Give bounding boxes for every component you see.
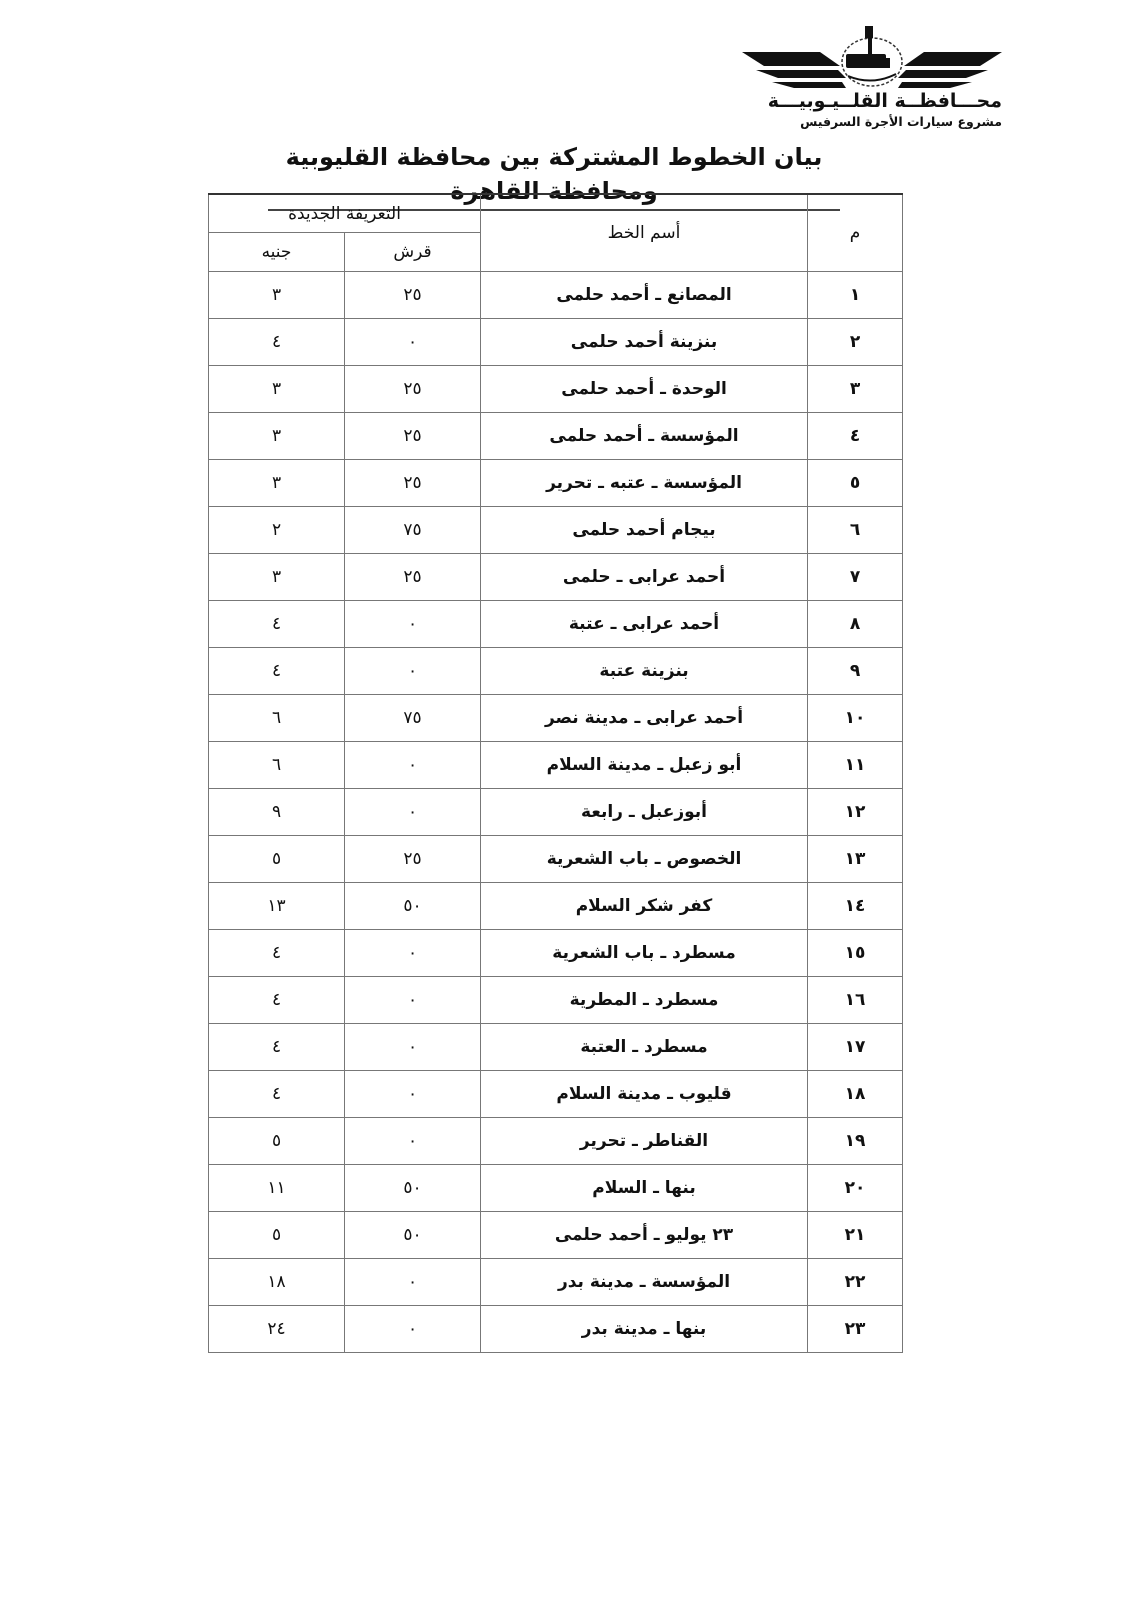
line-name: بنزينة عتبة [481, 648, 808, 695]
fare-pound: ٣ [209, 460, 345, 507]
line-name: المؤسسة ـ مدينة بدر [481, 1259, 808, 1306]
table-row: ١٧مسطرد ـ العتبة٠٤ [209, 1024, 903, 1071]
fare-qirsh: ٢٥ [345, 836, 481, 883]
line-name: القناطر ـ تحرير [481, 1118, 808, 1165]
line-name: قليوب ـ مدينة السلام [481, 1071, 808, 1118]
table-row: ١٨قليوب ـ مدينة السلام٠٤ [209, 1071, 903, 1118]
table-row: ١٣الخصوص ـ باب الشعرية٢٥٥ [209, 836, 903, 883]
fare-pound: ٤ [209, 601, 345, 648]
row-number: ٦ [808, 507, 903, 554]
line-name: بيجام أحمد حلمى [481, 507, 808, 554]
table-row: ٢١٢٣ يوليو ـ أحمد حلمى٥٠٥ [209, 1212, 903, 1259]
fare-qirsh: ٠ [345, 1071, 481, 1118]
line-name: الخصوص ـ باب الشعرية [481, 836, 808, 883]
column-header-qirsh: قرش [345, 233, 481, 272]
row-number: ٢٢ [808, 1259, 903, 1306]
fare-qirsh: ٥٠ [345, 1165, 481, 1212]
line-name: أبو زعبل ـ مدينة السلام [481, 742, 808, 789]
organization-name: محـــافظــة القلــيـوبيـــة [742, 90, 1002, 112]
table-row: ٢٢المؤسسة ـ مدينة بدر٠١٨ [209, 1259, 903, 1306]
line-name: أحمد عرابى ـ مدينة نصر [481, 695, 808, 742]
fare-qirsh: ٠ [345, 648, 481, 695]
fare-qirsh: ٠ [345, 1118, 481, 1165]
table-row: ٥المؤسسة ـ عتبه ـ تحرير٢٥٣ [209, 460, 903, 507]
line-name: مسطرد ـ المطرية [481, 977, 808, 1024]
table-row: ١٢أبوزعبل ـ رابعة٠٩ [209, 789, 903, 836]
line-name: أحمد عرابى ـ عتبة [481, 601, 808, 648]
row-number: ٩ [808, 648, 903, 695]
table-row: ١٤كفر شكر السلام٥٠١٣ [209, 883, 903, 930]
fare-pound: ٩ [209, 789, 345, 836]
governorate-logo: محـــافظــة القلــيـوبيـــة مشروع سيارات… [742, 22, 1002, 130]
table-row: ٩بنزينة عتبة٠٤ [209, 648, 903, 695]
row-number: ٢ [808, 319, 903, 366]
line-name: أبوزعبل ـ رابعة [481, 789, 808, 836]
governorate-emblem-icon [742, 22, 1002, 92]
fare-pound: ٣ [209, 366, 345, 413]
table-row: ١٩القناطر ـ تحرير٠٥ [209, 1118, 903, 1165]
fare-pound: ٤ [209, 1071, 345, 1118]
fare-pound: ٥ [209, 1212, 345, 1259]
row-number: ١٦ [808, 977, 903, 1024]
row-number: ٢٠ [808, 1165, 903, 1212]
fare-qirsh: ٥٠ [345, 883, 481, 930]
fare-pound: ٣ [209, 413, 345, 460]
line-name: المؤسسة ـ أحمد حلمى [481, 413, 808, 460]
row-number: ١١ [808, 742, 903, 789]
line-name: الوحدة ـ أحمد حلمى [481, 366, 808, 413]
fare-pound: ٢ [209, 507, 345, 554]
fare-qirsh: ٠ [345, 742, 481, 789]
table-row: ١٦مسطرد ـ المطرية٠٤ [209, 977, 903, 1024]
table-row: ٦بيجام أحمد حلمى٧٥٢ [209, 507, 903, 554]
table-row: ٨أحمد عرابى ـ عتبة٠٤ [209, 601, 903, 648]
fare-qirsh: ٠ [345, 977, 481, 1024]
fare-pound: ١٨ [209, 1259, 345, 1306]
row-number: ١٢ [808, 789, 903, 836]
row-number: ١٨ [808, 1071, 903, 1118]
fares-table: م أسم الخط التعريفة الجديدة قرش جنيه ١ال… [208, 193, 903, 1353]
fare-qirsh: ٢٥ [345, 272, 481, 319]
line-name: المؤسسة ـ عتبه ـ تحرير [481, 460, 808, 507]
line-name: مسطرد ـ العتبة [481, 1024, 808, 1071]
fare-qirsh: ٧٥ [345, 695, 481, 742]
column-header-pound: جنيه [209, 233, 345, 272]
fare-qirsh: ٥٠ [345, 1212, 481, 1259]
table-row: ٣الوحدة ـ أحمد حلمى٢٥٣ [209, 366, 903, 413]
fare-pound: ٤ [209, 1024, 345, 1071]
row-number: ٧ [808, 554, 903, 601]
row-number: ١٩ [808, 1118, 903, 1165]
fare-qirsh: ٧٥ [345, 507, 481, 554]
fare-pound: ١١ [209, 1165, 345, 1212]
fare-pound: ٤ [209, 930, 345, 977]
table-row: ١٠أحمد عرابى ـ مدينة نصر٧٥٦ [209, 695, 903, 742]
row-number: ٢١ [808, 1212, 903, 1259]
fare-pound: ٥ [209, 1118, 345, 1165]
fare-pound: ٤ [209, 648, 345, 695]
line-name: المصانع ـ أحمد حلمى [481, 272, 808, 319]
line-name: بنزينة أحمد حلمى [481, 319, 808, 366]
fare-pound: ٣ [209, 272, 345, 319]
fare-pound: ٣ [209, 554, 345, 601]
fare-pound: ٦ [209, 695, 345, 742]
column-header-new-fare: التعريفة الجديدة [209, 194, 481, 233]
fare-qirsh: ٠ [345, 601, 481, 648]
column-header-number: م [808, 194, 903, 272]
fare-qirsh: ٠ [345, 789, 481, 836]
table-row: ٤المؤسسة ـ أحمد حلمى٢٥٣ [209, 413, 903, 460]
line-name: بنها ـ مدينة بدر [481, 1306, 808, 1353]
table-row: ٢٣بنها ـ مدينة بدر٠٢٤ [209, 1306, 903, 1353]
fare-qirsh: ٢٥ [345, 366, 481, 413]
line-name: كفر شكر السلام [481, 883, 808, 930]
table-row: ٢٠بنها ـ السلام٥٠١١ [209, 1165, 903, 1212]
table-row: ٢بنزينة أحمد حلمى٠٤ [209, 319, 903, 366]
row-number: ١٤ [808, 883, 903, 930]
fare-pound: ٦ [209, 742, 345, 789]
line-name: مسطرد ـ باب الشعرية [481, 930, 808, 977]
row-number: ١٥ [808, 930, 903, 977]
fare-pound: ١٣ [209, 883, 345, 930]
table-row: ٧أحمد عرابى ـ حلمى٢٥٣ [209, 554, 903, 601]
row-number: ١٧ [808, 1024, 903, 1071]
table-row: ١٥مسطرد ـ باب الشعرية٠٤ [209, 930, 903, 977]
row-number: ١٠ [808, 695, 903, 742]
table-row: ١١أبو زعبل ـ مدينة السلام٠٦ [209, 742, 903, 789]
fare-pound: ٥ [209, 836, 345, 883]
row-number: ٥ [808, 460, 903, 507]
fare-qirsh: ٠ [345, 930, 481, 977]
fare-qirsh: ٠ [345, 1259, 481, 1306]
row-number: ٢٣ [808, 1306, 903, 1353]
line-name: بنها ـ السلام [481, 1165, 808, 1212]
line-name: ٢٣ يوليو ـ أحمد حلمى [481, 1212, 808, 1259]
row-number: ٤ [808, 413, 903, 460]
fare-pound: ٤ [209, 319, 345, 366]
fare-qirsh: ٢٥ [345, 413, 481, 460]
project-name: مشروع سيارات الأجرة السرفيس [742, 114, 1002, 129]
fare-qirsh: ٢٥ [345, 460, 481, 507]
fare-qirsh: ٠ [345, 319, 481, 366]
fare-qirsh: ٠ [345, 1024, 481, 1071]
fare-pound: ٤ [209, 977, 345, 1024]
table-row: ١المصانع ـ أحمد حلمى٢٥٣ [209, 272, 903, 319]
column-header-line-name: أسم الخط [481, 194, 808, 272]
row-number: ١ [808, 272, 903, 319]
fare-qirsh: ٠ [345, 1306, 481, 1353]
line-name: أحمد عرابى ـ حلمى [481, 554, 808, 601]
row-number: ١٣ [808, 836, 903, 883]
fare-qirsh: ٢٥ [345, 554, 481, 601]
row-number: ٣ [808, 366, 903, 413]
row-number: ٨ [808, 601, 903, 648]
fare-pound: ٢٤ [209, 1306, 345, 1353]
